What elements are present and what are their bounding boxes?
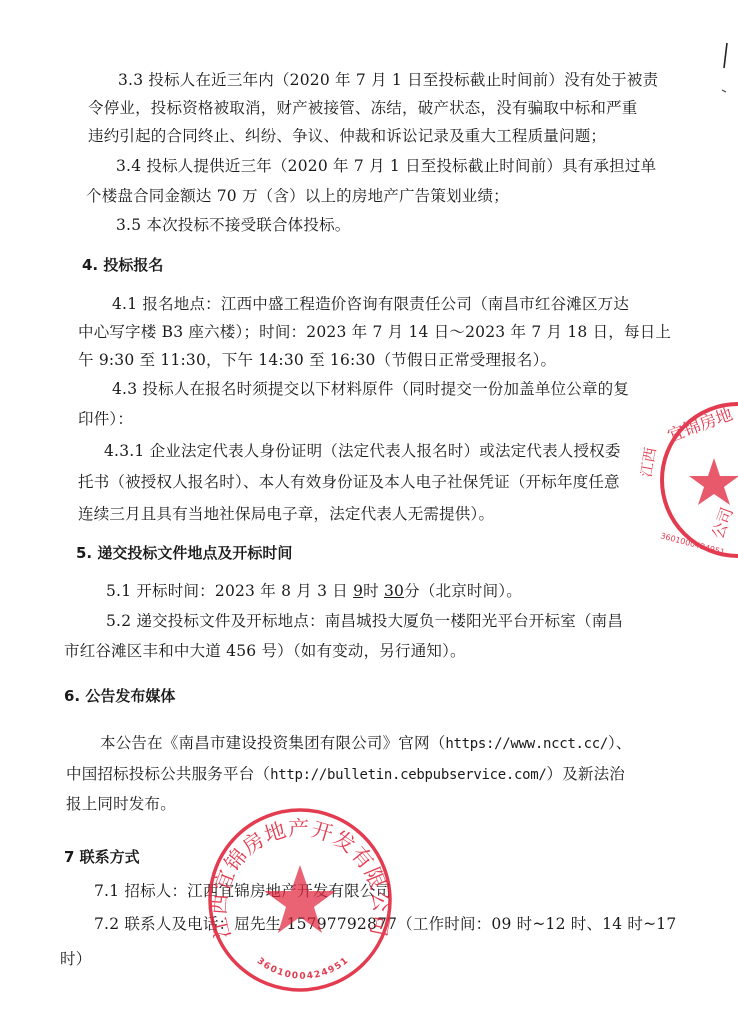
para-5-1: 5.1 开标时间：2023 年 8 月 3 日 9时 30分（北京时间）。 [106,581,522,601]
heading-section-4: 4. 投标报名 [82,255,163,275]
para-6-line-3: 报上同时发布。 [66,794,176,814]
para-3-3-line-1: 3.3 投标人在近三年内（2020 年 7 月 1 日至投标截止时间前）没有处于… [118,70,658,90]
para-3-3-line-2: 令停业，投标资格被取消，财产被接管、冻结，破产状态，没有骗取中标和严重 [88,98,638,118]
para-3-4-line-1: 3.4 投标人提供近三年（2020 年 7 月 1 日至投标截止时间前）具有承担… [116,156,656,176]
para-4-1-line-3: 午 9:30 至 11:30，下午 14:30 至 16:30（节假日正常受理报… [78,350,556,370]
opening-time-hour-unit: 时 [363,582,384,600]
media-text-1: 本公告在《南昌市建设投资集团有限公司》官网（ [100,734,445,752]
media-text-1b: ）、 [608,734,632,752]
cebpubservice-url-link[interactable]: http://bulletin.cebpubservice.com/ [270,767,546,783]
para-6-line-2: 中国招标投标公共服务平台（http://bulletin.cebpubservi… [66,764,625,785]
opening-time-hour: 9 [353,582,363,600]
opening-time-suffix: 分（北京时间）。 [404,582,522,600]
para-3-4-line-2: 个楼盘合同金额达 70 万（含）以上的房地产广告策划业绩； [86,186,509,206]
svg-text:江西: 江西 [640,446,660,479]
pen-mark-icon [718,38,738,98]
para-4-3-line-2: 印件）： [78,409,133,429]
media-text-2b: ）及新法治 [547,765,626,783]
media-text-2: 中国招标投标公共服务平台（ [66,765,270,783]
para-5-2-line-2: 市红谷滩区丰和中大道 456 号）（如有变动，另行通知）。 [64,641,466,661]
para-3-3-line-3: 违约引起的合同终止、纠纷、争议、仲裁和诉讼记录及重大工程质量问题； [88,126,606,146]
side-company-seal-icon: 宜锦房地 江西 3601000424951 公司 [640,400,738,560]
svg-text:3601000424951: 3601000424951 [255,955,351,981]
ncct-url-link[interactable]: https://www.ncct.cc/ [445,736,608,752]
svg-text:宜锦房地: 宜锦房地 [665,405,736,447]
para-4-1-line-1: 4.1 报名地点：江西中盛工程造价咨询有限责任公司（南昌市红谷滩区万达 [112,294,629,314]
para-4-3-1-line-1: 4.3.1 企业法定代表人身份证明（法定代表人报名时）或法定代表人授权委 [104,441,621,461]
heading-section-6: 6. 公告发布媒体 [64,686,175,706]
opening-time-minute: 30 [384,582,404,600]
para-7-1: 7.1 招标人：江西宜锦房地产开发有限公司 [94,881,391,901]
heading-section-7: 7 联系方式 [64,847,140,867]
para-7-2-line-2: 时） [60,949,91,969]
para-7-2-line-1: 7.2 联系人及电话：屈先生 15797792877（工作时间：09 时~12 … [94,914,676,934]
para-5-2-line-1: 5.2 递交投标文件及开标地点：南昌城投大厦负一楼阳光平台开标室（南昌 [106,611,623,631]
opening-time-prefix: 5.1 开标时间：2023 年 8 月 3 日 [106,582,353,600]
para-4-1-line-2: 中心写字楼 B3 座六楼）；时间：2023 年 7 月 14 日～2023 年 … [78,322,671,342]
heading-section-5: 5. 递交投标文件地点及开标时间 [76,543,292,563]
para-4-3-line-1: 4.3 投标人在报名时须提交以下材料原件（同时提交一份加盖单位公章的复 [112,379,629,399]
para-6-line-1: 本公告在《南昌市建设投资集团有限公司》官网（https://www.ncct.c… [100,733,632,754]
svg-text:公司: 公司 [708,505,737,542]
para-3-5: 3.5 本次投标不接受联合体投标。 [116,215,350,235]
para-4-3-1-line-2: 托书（被授权人报名时）、本人有效身份证及本人电子社保凭证（开标年度任意 [78,472,620,492]
para-4-3-1-line-3: 连续三月且具有当地社保局电子章，法定代表人无需提供）。 [78,504,494,524]
svg-text:3601000424951: 3601000424951 [659,531,725,557]
document-page: 3.3 投标人在近三年内（2020 年 7 月 1 日至投标截止时间前）没有处于… [0,0,738,1020]
